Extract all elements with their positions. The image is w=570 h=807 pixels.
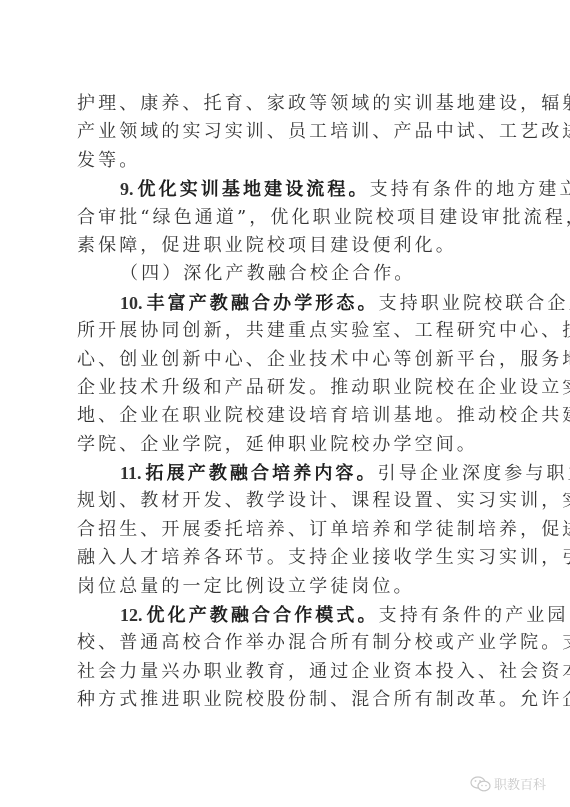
item-12-text: 支持有条件的产业园区和职业院 — [379, 605, 570, 626]
text-line: 所开展协同创新，共建重点实验室、工程研究中心、技术创新中 — [77, 317, 495, 345]
text-line: 社会力量兴办职业教育，通过企业资本投入、社会资本投入等多 — [77, 658, 495, 686]
item-11-number: 11. — [120, 463, 142, 483]
wechat-icon — [470, 776, 492, 792]
text-line: 地、企业在职业院校建设培育培训基地。推动校企共建共管产业 — [77, 402, 495, 430]
item-12-first-line: 12.优化产教融合合作模式。支持有条件的产业园区和职业院 — [77, 601, 495, 629]
item-10-number: 10. — [120, 293, 143, 313]
text-line: 心、创业创新中心、企业技术中心等创新平台，服务地方中小微 — [77, 346, 495, 374]
text-line: 发等。 — [77, 147, 495, 175]
text-line: 学院、企业学院，延伸职业院校办学空间。 — [77, 431, 495, 459]
text-line: 种方式推进职业院校股份制、混合所有制改革。允许企业以资 — [77, 686, 495, 714]
text-line: 护理、康养、托育、家政等领域的实训基地建设，辐射带动相关 — [77, 90, 495, 118]
text-line: 融入人才培养各环节。支持企业接收学生实习实训，引导企业按 — [77, 544, 495, 572]
text-line: 企业技术升级和产品研发。推动职业院校在企业设立实习实训基 — [77, 374, 495, 402]
text-line: 校、普通高校合作举办混合所有制分校或产业学院。支持和规范 — [77, 629, 495, 657]
watermark-text: 职教百科 — [494, 774, 546, 793]
item-11-title: 拓展产教融合培养内容。 — [146, 463, 378, 484]
item-11-text: 引导企业深度参与职业院校专业 — [378, 463, 570, 484]
item-9-number: 9. — [120, 179, 134, 199]
text-line: 素保障，促进职业院校项目建设便利化。 — [77, 232, 495, 260]
item-10-text: 支持职业院校联合企业、科研院 — [379, 293, 570, 314]
text-line: 岗位总量的一定比例设立学徒岗位。 — [77, 573, 495, 601]
item-12-number: 12. — [120, 605, 143, 625]
text-line: 合招生、开展委托培养、订单培养和学徒制培养，促进企业需求 — [77, 516, 495, 544]
item-9-title: 优化实训基地建设流程。 — [138, 179, 370, 200]
text-line: 产业领域的实习实训、员工培训、产品中试、工艺改进、技术研 — [77, 118, 495, 146]
text-line: 合审批“绿色通道”，优化职业院校项目建设审批流程，强化要 — [77, 204, 495, 232]
section-4-heading: （四）深化产教融合校企合作。 — [77, 260, 495, 288]
item-12-title: 优化产教融合合作模式。 — [147, 605, 379, 626]
item-11-first-line: 11.拓展产教融合培养内容。引导企业深度参与职业院校专业 — [77, 459, 495, 487]
text-line: 规划、教材开发、教学设计、课程设置、实习实训，实行校企联 — [77, 487, 495, 515]
item-10-first-line: 10.丰富产教融合办学形态。支持职业院校联合企业、科研院 — [77, 289, 495, 317]
item-9-first-line: 9.优化实训基地建设流程。支持有条件的地方建立多部门联 — [77, 175, 495, 203]
watermark: 职教百科 — [470, 774, 546, 793]
item-9-text: 支持有条件的地方建立多部门联 — [370, 179, 570, 200]
document-page: 护理、康养、托育、家政等领域的实训基地建设，辐射带动相关 产业领域的实习实训、员… — [77, 90, 495, 715]
item-10-title: 丰富产教融合办学形态。 — [147, 293, 379, 314]
